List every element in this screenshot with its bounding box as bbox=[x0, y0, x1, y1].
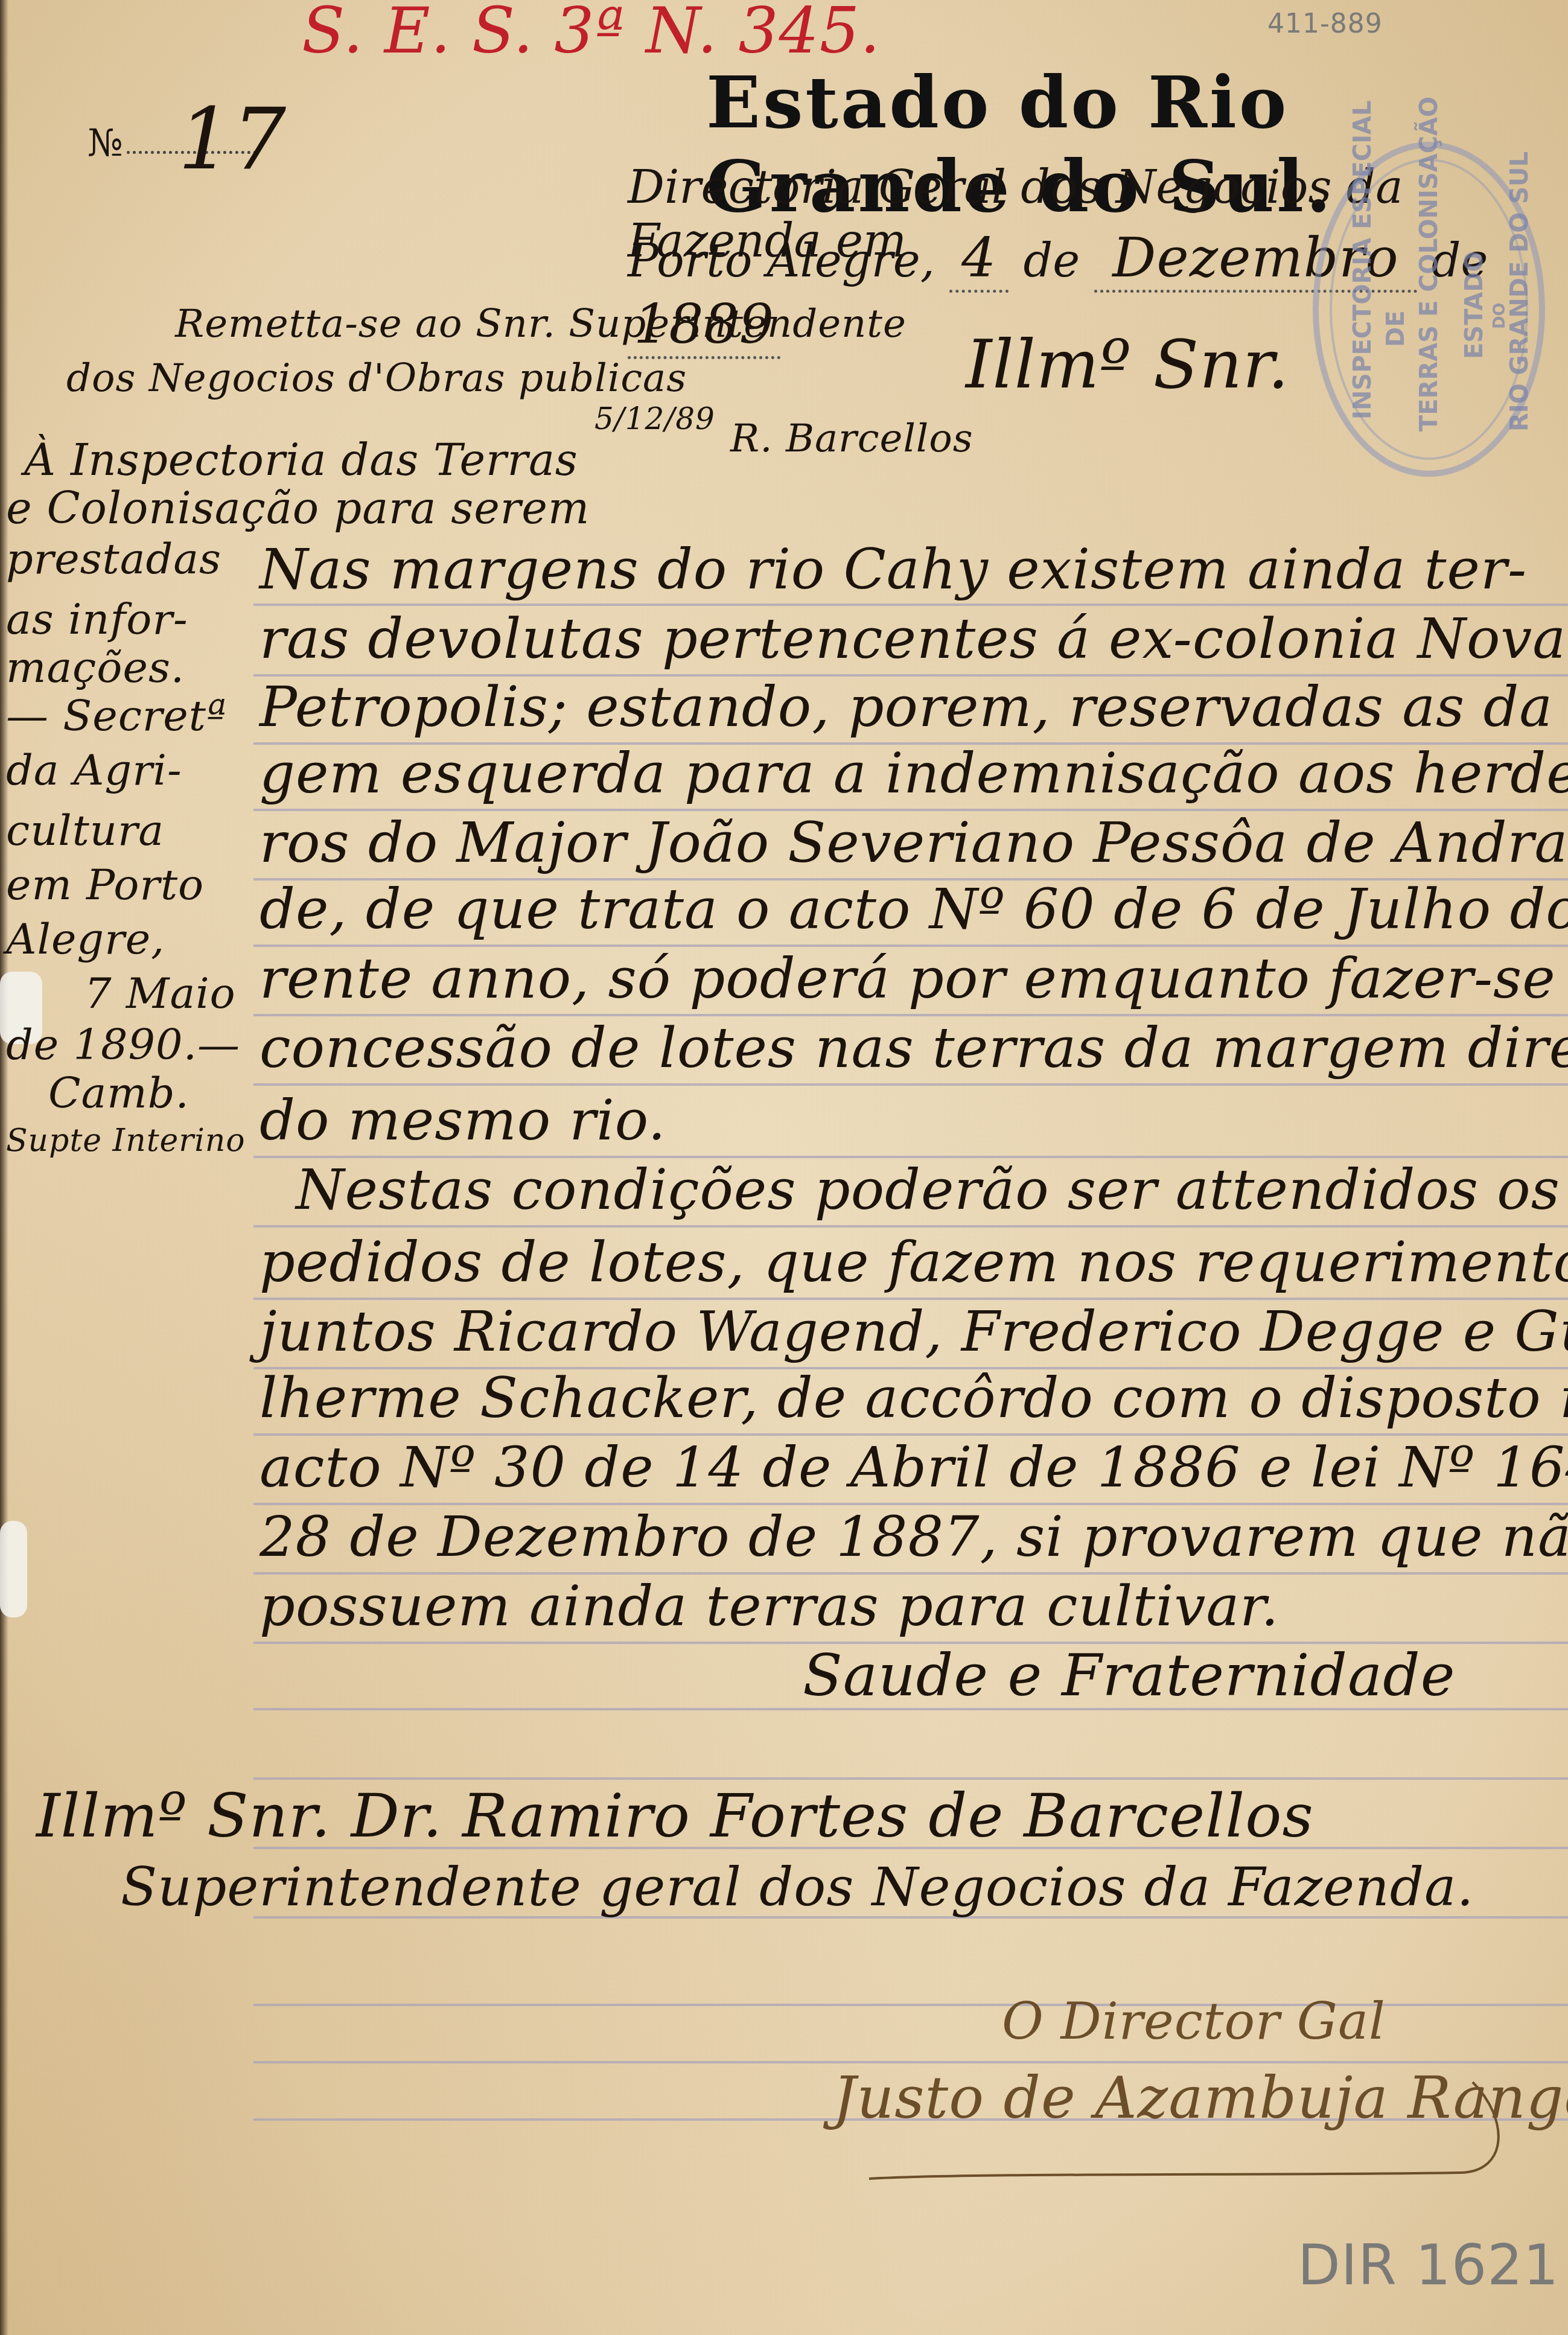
margin-note-item: de 1890.— bbox=[6, 1020, 240, 1069]
body-line: 28 de Dezembro de 1887, si provarem que … bbox=[260, 1505, 1568, 1569]
closing: Saude e Fraternidade bbox=[803, 1642, 1455, 1709]
archive-code-pencil-bottom: DIR 1621 bbox=[1298, 2233, 1559, 2298]
signature-flourish bbox=[857, 2070, 1533, 2191]
margin-note-item: da Agri- bbox=[6, 745, 182, 795]
signature-title: O Director Gal bbox=[1002, 1992, 1386, 2051]
paper-edge bbox=[0, 0, 8, 2335]
dispatch-note-line-1: Remetta-se ao Snr. Superintendente bbox=[175, 302, 907, 346]
body-line: gem esquerda para a indemnisação aos her… bbox=[260, 741, 1568, 806]
margin-note-line-1: À Inspectoria das Terras bbox=[24, 435, 578, 485]
ruled-line bbox=[253, 2061, 1568, 2063]
body-line: Nas margens do rio Cahy existem ainda te… bbox=[260, 537, 1527, 602]
stamp-line-4: ESTADO bbox=[1461, 252, 1488, 359]
letterhead-place: Porto Alegre, bbox=[628, 234, 935, 287]
body-line: lherme Schacker, de accôrdo com o dispos… bbox=[260, 1366, 1568, 1430]
margin-note-item: prestadas bbox=[6, 534, 221, 584]
body-line: Petropolis; estando, porem, reservadas a… bbox=[260, 675, 1568, 739]
body-line: Nestas condições poderão ser attendidos … bbox=[296, 1158, 1560, 1222]
stamp-line-2: DE bbox=[1382, 310, 1410, 347]
number-label: № bbox=[88, 121, 123, 165]
dispatch-note-date: 5/12/89 bbox=[594, 401, 715, 436]
ruled-line bbox=[253, 1225, 1568, 1228]
stamp-line-6: RIO GRANDE DO SUL bbox=[1506, 151, 1534, 432]
addressee-line-1: Illmº Snr. Dr. Ramiro Fortes de Barcello… bbox=[36, 1780, 1314, 1851]
margin-note-item: as infor- bbox=[6, 594, 188, 644]
stamp-line-3: TERRAS E COLONISAÇÃO bbox=[1415, 97, 1443, 432]
body-line: ras devolutas pertencentes á ex-colonia … bbox=[260, 607, 1566, 671]
date-de-1: de bbox=[1024, 234, 1080, 287]
body-line: de, de que trata o acto Nº 60 de 6 de Ju… bbox=[260, 877, 1568, 941]
stamp-line-1: INSPECTORIA ESPECIAL bbox=[1349, 101, 1377, 419]
body-line: do mesmo rio. bbox=[260, 1088, 666, 1153]
ruled-line bbox=[253, 1083, 1568, 1086]
margin-note-item: 7 Maio bbox=[84, 969, 236, 1018]
ruled-line bbox=[253, 604, 1568, 606]
addressee-line-2: Superintendente geral dos Negocios da Fa… bbox=[121, 1856, 1474, 1918]
document-page: S. E. S. 3ª N. 345. 411-889 Estado do Ri… bbox=[0, 0, 1568, 2335]
margin-note-item: Supte Interino bbox=[6, 1123, 246, 1159]
repair-tape bbox=[0, 1521, 27, 1617]
margin-note-item: mações. bbox=[6, 643, 185, 692]
dispatch-note-line-2: dos Negocios d'Obras publicas bbox=[66, 356, 687, 401]
margin-note-item: Camb. bbox=[48, 1068, 190, 1118]
margin-note-line-2: e Colonisação para serem bbox=[6, 483, 590, 534]
body-line: rente anno, só poderá por emquanto fazer… bbox=[260, 946, 1568, 1011]
margin-note-item: — Secretª bbox=[6, 691, 227, 741]
body-line: pedidos de lotes, que fazem nos requerim… bbox=[260, 1230, 1568, 1295]
margin-note-item: Alegre, bbox=[6, 914, 165, 964]
date-day: 4 bbox=[949, 226, 1009, 293]
body-line: ros do Major João Severiano Pessôa de An… bbox=[260, 811, 1568, 875]
ruled-line bbox=[253, 1777, 1568, 1780]
dispatch-note-signature: R. Barcellos bbox=[730, 416, 974, 461]
number-value: 17 bbox=[178, 91, 287, 189]
salutation: Illmº Snr. bbox=[966, 326, 1289, 403]
body-line: concessão de lotes nas terras da margem … bbox=[260, 1016, 1568, 1080]
margin-note-item: cultura bbox=[6, 806, 164, 855]
archive-code-pencil-top: 411-889 bbox=[1267, 8, 1383, 39]
body-line: possuem ainda terras para cultivar. bbox=[260, 1574, 1279, 1639]
inspectoria-stamp: INSPECTORIA ESPECIAL DE TERRAS E COLONIS… bbox=[1313, 142, 1545, 477]
archive-code-red: S. E. S. 3ª N. 345. bbox=[302, 0, 881, 68]
margin-note-item: em Porto bbox=[6, 860, 204, 909]
body-line: acto Nº 30 de 14 de Abril de 1886 e lei … bbox=[260, 1435, 1568, 1500]
body-line: juntos Ricardo Wagend, Frederico Degge e… bbox=[260, 1299, 1568, 1364]
